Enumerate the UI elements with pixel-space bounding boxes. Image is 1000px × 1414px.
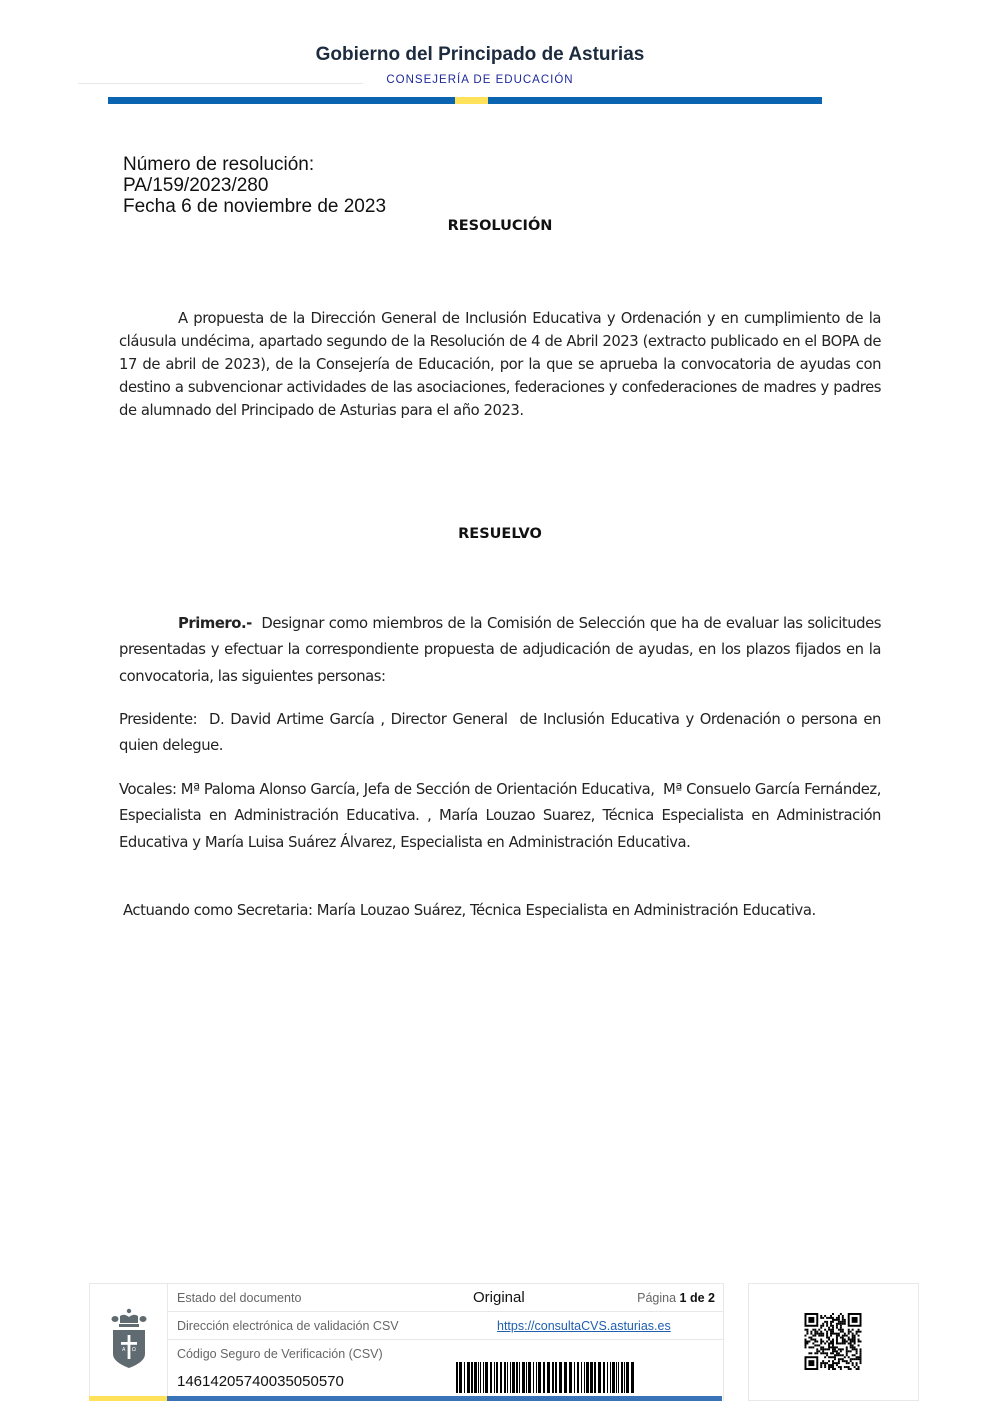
header-divider-accent bbox=[455, 97, 488, 104]
page-sep: de bbox=[690, 1291, 705, 1305]
primero-label: Primero.- bbox=[178, 615, 252, 632]
validation-url-link[interactable]: https://consultaCVS.asturias.es bbox=[497, 1319, 671, 1333]
resolution-meta: Número de resolución: PA/159/2023/280 Fe… bbox=[123, 154, 386, 217]
footer-logo-cell: A Ω bbox=[90, 1284, 168, 1396]
estado-value: Original bbox=[473, 1289, 525, 1306]
svg-text:A: A bbox=[122, 1347, 126, 1353]
page-indicator: Página 1 de 2 bbox=[637, 1291, 715, 1305]
header-title: Gobierno del Principado de Asturias bbox=[0, 44, 960, 66]
resolution-date: Fecha 6 de noviembre de 2023 bbox=[123, 196, 386, 217]
resolution-number: PA/159/2023/280 bbox=[123, 175, 386, 196]
barcode-icon bbox=[456, 1362, 640, 1393]
heading-resuelvo: RESUELVO bbox=[0, 526, 1000, 542]
resolution-number-label: Número de resolución: bbox=[123, 154, 386, 175]
estado-label: Estado del documento bbox=[177, 1291, 301, 1305]
csv-code: 14614205740035050570 bbox=[177, 1373, 344, 1390]
secretaria-paragraph: Actuando como Secretaria: María Louzao S… bbox=[119, 898, 881, 924]
footer-row-estado: Estado del documento Original Página 1 d… bbox=[168, 1284, 723, 1312]
footer-csv-divider bbox=[78, 83, 363, 84]
intro-text: A propuesta de la Dirección General de I… bbox=[119, 310, 881, 419]
qr-code-icon bbox=[804, 1313, 862, 1370]
footer-accent-yellow bbox=[89, 1396, 167, 1401]
footer-row-direccion: Dirección electrónica de validación CSV … bbox=[168, 1312, 723, 1340]
primero-paragraph: Primero.- Designar como miembros de la C… bbox=[119, 611, 881, 690]
vocales-paragraph: Vocales: Mª Paloma Alonso García, Jefa d… bbox=[119, 777, 881, 856]
footer-accent-blue bbox=[167, 1396, 722, 1401]
page-total: 2 bbox=[708, 1291, 715, 1305]
svg-text:Ω: Ω bbox=[132, 1347, 136, 1353]
direccion-label: Dirección electrónica de validación CSV bbox=[177, 1319, 399, 1333]
csv-label: Código Seguro de Verificación (CSV) bbox=[177, 1347, 383, 1361]
heading-resolucion: RESOLUCIÓN bbox=[0, 218, 1000, 234]
intro-paragraph: A propuesta de la Dirección General de I… bbox=[119, 307, 881, 422]
secretaria-text: Actuando como Secretaria: María Louzao S… bbox=[123, 902, 816, 919]
asturias-coat-of-arms-icon: A Ω bbox=[111, 1308, 147, 1370]
header-subtitle: CONSEJERÍA DE EDUCACIÓN bbox=[0, 74, 960, 86]
page-prefix: Página bbox=[637, 1291, 676, 1305]
presidente-paragraph: Presidente: D. David Artime García , Dir… bbox=[119, 707, 881, 760]
page-current: 1 bbox=[680, 1291, 687, 1305]
